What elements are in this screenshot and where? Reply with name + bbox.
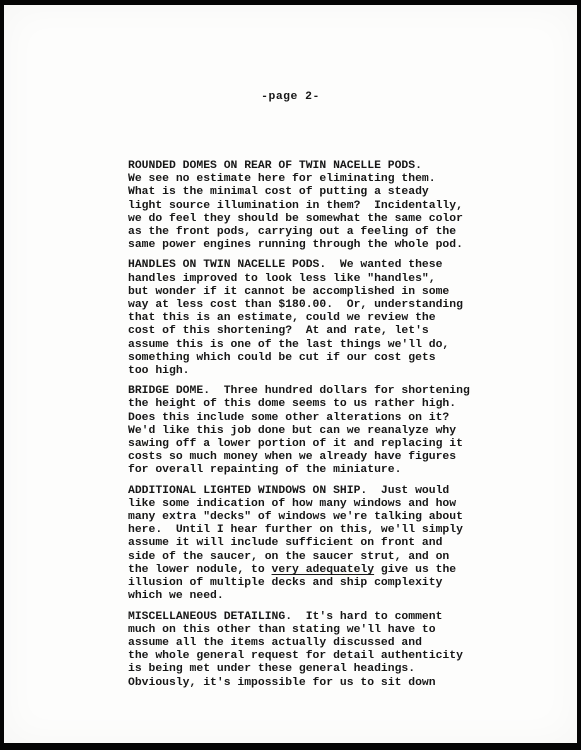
paragraph: ROUNDED DOMES ON REAR OF TWIN NACELLE PO… — [128, 160, 488, 252]
page-number: -page 2- — [4, 91, 577, 104]
document-body: ROUNDED DOMES ON REAR OF TWIN NACELLE PO… — [128, 160, 488, 697]
scanned-page-frame: -page 2- ROUNDED DOMES ON REAR OF TWIN N… — [0, 0, 581, 750]
paragraph: ADDITIONAL LIGHTED WINDOWS ON SHIP. Just… — [128, 485, 488, 604]
paragraph: BRIDGE DOME. Three hundred dollars for s… — [128, 385, 488, 477]
paragraph: HANDLES ON TWIN NACELLE PODS. We wanted … — [128, 259, 488, 378]
paragraph: MISCELLANEOUS DETAILING. It's hard to co… — [128, 611, 488, 690]
page: -page 2- ROUNDED DOMES ON REAR OF TWIN N… — [4, 5, 577, 743]
